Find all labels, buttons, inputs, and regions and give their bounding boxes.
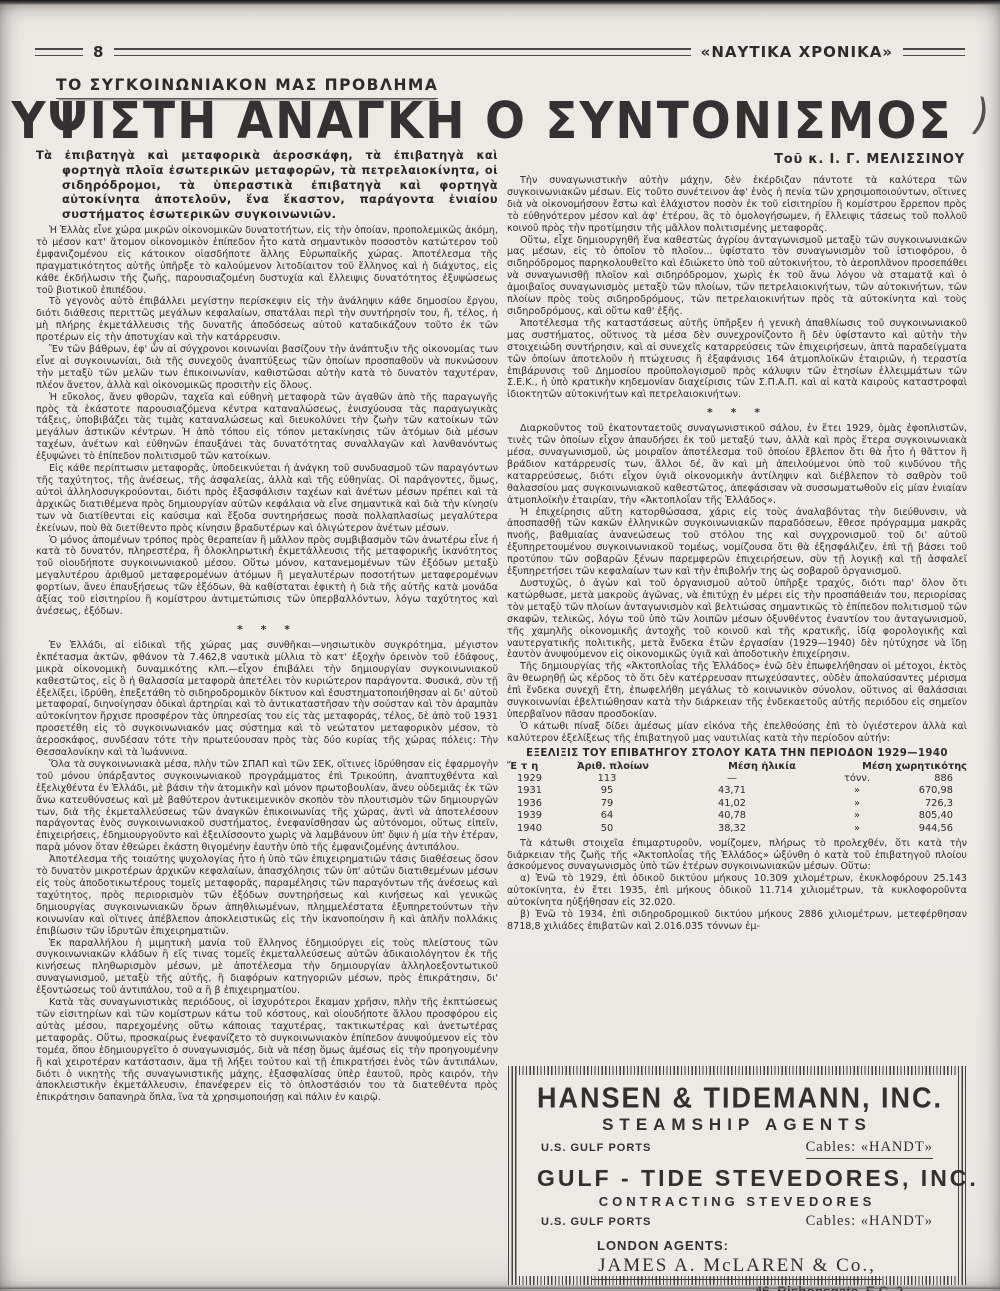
cell-year: 1939 [507,810,567,823]
paragraph: Ἀποτέλεσμα τῆς τοιαύτης ψυχολογίας ἦτο ἡ… [36,854,498,937]
cell-tonnage: 886 [897,773,967,786]
column-header-ships: Ἀριθ. πλοίων [577,761,687,772]
cell-age: 40,78 [647,810,817,823]
cell-tonnage: 726,3 [897,798,967,811]
paragraph: Τῆς δημιουργίας τῆς «Ἀκτοπλοΐας τῆς Ἑλλά… [507,661,967,721]
cell-unit: » [817,823,897,836]
ad-cables-label: Cables: «HANDT» [806,1139,933,1159]
cell-ships: 50 [567,823,647,836]
ad-company-name: HANSEN & TIDEMANN, INC. [537,1082,937,1115]
page-number: 8 [93,43,104,61]
cell-age: 43,71 [647,785,817,798]
page-header: 8 «ΝΑΥΤΙΚΑ ΧΡΟΝΙΚΑ» [35,44,965,60]
ad-ports-label: U.S. GULF PORTS [541,1216,651,1228]
paragraph: Τὸ γεγονὸς αὐτὸ ἐπιβάλλει μεγίστην περίσ… [36,296,498,344]
cell-ships: 64 [567,810,647,823]
paragraph: Ἀποτέλεσμα τῆς καταστάσεως αὐτῆς ὑπῆρξεν… [507,318,967,401]
magazine-page: 8 «ΝΑΥΤΙΚΑ ΧΡΟΝΙΚΑ» ΤΟ ΣΥΓΚΟΙΝΩΝΙΑΚΟΝ ΜΑ… [0,0,1000,1291]
scan-top-edge [0,0,1000,5]
scanned-magazine-page: { "header": { "page_number": "8", "masth… [0,0,1000,1291]
cell-year: 1929 [507,773,567,786]
header-rule-middle [114,48,690,56]
paragraph: Διαρκοῦντος τοῦ ἑκατονταετοῦς συναγωνιστ… [507,423,967,506]
headline-text: ΥΨΙΣΤΗ ΑΝΑΓΚΗ Ο ΣΥΝΤΟΝΙΣΜΟΣ [11,92,952,151]
lead-paragraph: Τὰ ἐπιβατηγὰ καὶ μεταφορικὰ ἀεροσκάφη, τ… [36,148,498,222]
paragraph: Ἡ ἐπιχείρησις αὕτη κατορθώσασα, χάρις εἰ… [507,507,967,578]
fleet-evolution-table: ΕΞΕΛΙΞΙΣ ΤΟΥ ΕΠΙΒΑΤΗΓΟΥ ΣΤΟΛΟΥ ΚΑΤΑ ΤΗΝ … [507,748,967,836]
table-title: ΕΞΕΛΙΞΙΣ ΤΟΥ ΕΠΙΒΑΤΗΓΟΥ ΣΤΟΛΟΥ ΚΑΤΑ ΤΗΝ … [507,748,967,759]
paragraph: Τὰ κάτωθι στοιχεῖα ἐπιμαρτυροῦν, νομίζομ… [507,838,967,874]
scan-bottom-edge [0,1286,1000,1289]
paragraph: Εἰς κάθε περίπτωσιν μεταφορᾶς, ὑποδεικνύ… [36,463,498,534]
cell-ships: 113 [567,773,647,786]
header-rule-right [903,48,965,56]
table-row: 1936 79 41,02 » 726,3 [507,798,967,811]
section-separator: * * * [36,623,498,636]
ad-ports-cables-row: U.S. GULF PORTS Cables: «HANDT» [537,1139,937,1159]
cell-unit: τόνν. [817,773,897,786]
paragraph: Ἕν τῶν βάθρων, ἐφ' ὧν αἱ σύγχρονοι κοινω… [36,344,498,392]
cell-age: 38,32 [647,823,817,836]
cell-ships: 79 [567,798,647,811]
masthead-title: «ΝΑΥΤΙΚΑ ΧΡΟΝΙΚΑ» [701,43,893,61]
paragraph: Ἡ εὔκολος, ἄνευ φθορῶν, ταχεῖα καὶ εὐθην… [36,392,498,463]
cell-tonnage: 944,56 [897,823,967,836]
cell-unit: » [817,798,897,811]
paragraph: Ὁ μόνος ἀπομένων τρόπος πρὸς θεραπείαν ἢ… [36,535,498,618]
paragraph: β) Ἐνῶ τὸ 1934, ἐπὶ σιδηροδρομικοῦ δικτύ… [507,909,967,933]
advertisement: HANSEN & TIDEMANN, INC. STEAMSHIP AGENTS… [508,1066,966,1285]
cell-unit: » [817,810,897,823]
paragraph: Τὴν συναγωνιστικὴν αὐτὴν μάχην, δὲν ἐκέρ… [507,175,967,235]
advertisement-content: HANSEN & TIDEMANN, INC. STEAMSHIP AGENTS… [517,1075,957,1276]
cell-unit: » [817,785,897,798]
column-header-age: Μέση ἡλικία [687,761,837,772]
article-right-column: Τοῦ κ. Ι. Γ. ΜΕΛΙΣΣΙΝΟΥ Τὴν συναγωνιστικ… [507,150,967,1062]
ad-ports-cables-row: U.S. GULF PORTS Cables: «HANDT» [537,1213,937,1230]
paragraph: Ὅλα τὰ συγκοινωνιακὰ μέσα, πλὴν τῶν ΣΠΑΠ… [36,759,498,854]
article-left-column: Τὰ ἐπιβατηγὰ καὶ μεταφορικὰ ἀεροσκάφη, τ… [36,148,498,1288]
ad-second-company-name: GULF - TIDE STEVEDORES, INC. [537,1165,937,1192]
paragraph: Κατὰ τὰς συναγωνιστικὰς περιόδους, οἱ ἰσ… [36,997,498,1104]
paragraph: Ἐκ παραλλήλου ἡ μιμητικὴ μανία τοῦ ἕλλην… [36,938,498,998]
cell-age: 41,02 [647,798,817,811]
ad-cables-label: Cables: «HANDT» [806,1213,933,1230]
paragraph: α) Ἐνῶ τὸ 1929, ἐπὶ ὁδικοῦ δικτύου μήκου… [507,873,967,909]
column-header-tonnage: Μέση χωρητικότης [837,761,967,772]
cell-year: 1940 [507,823,567,836]
section-separator: * * * [507,406,967,419]
table-header-row: Ἔτη Ἀριθ. πλοίων Μέση ἡλικία Μέση χωρητι… [507,761,967,772]
article-byline: Τοῦ κ. Ι. Γ. ΜΕΛΙΣΣΙΝΟΥ [507,152,965,167]
table-row: 1931 95 43,71 » 670,98 [507,785,967,798]
paragraph: Οὕτω, εἶχε δημιουργηθῆ ἕνα καθεστὼς ἀγρί… [507,235,967,318]
ad-london-agents-label: LONDON AGENTS: [597,1238,937,1253]
headline-flourish-ornament: ) [968,89,996,142]
ad-company-role: STEAMSHIP AGENTS [537,1115,937,1135]
column-header-years: Ἔτη [507,761,577,772]
cell-tonnage: 805,40 [897,810,967,823]
cell-tonnage: 670,98 [897,785,967,798]
paragraph: Ἡ Ἑλλὰς εἶνε χώρα μικρῶν οἰκονομικῶν δυν… [36,225,498,296]
cell-year: 1936 [507,798,567,811]
table-row: 1939 64 40,78 » 805,40 [507,810,967,823]
paragraph: Ἐν Ἑλλάδι, αἱ εἰδικαὶ τῆς χώρας μας συνθ… [36,640,498,759]
paragraph: Δυστυχῶς, ὁ ἀγὼν καὶ τοῦ ὀργανισμοῦ αὐτο… [507,578,967,661]
ad-second-company-role: CONTRACTING STEVEDORES [537,1194,937,1209]
cell-year: 1931 [507,785,567,798]
header-rule-left [35,48,83,56]
cell-ships: 95 [567,785,647,798]
paragraph: Ὁ κάτωθι πίναξ δίδει ἀμέσως μίαν εἰκόνα … [507,721,967,745]
ad-ports-label: U.S. GULF PORTS [541,1142,651,1154]
table-row: 1929 113 — τόνν. 886 [507,773,967,786]
ad-agent-name: JAMES A. McLAREN & Co., [592,1255,882,1280]
article-headline: ΥΨΙΣΤΗ ΑΝΑΓΚΗ Ο ΣΥΝΤΟΝΙΣΜΟΣ ) [0,92,1000,151]
table-row: 1940 50 38,32 » 944,56 [507,823,967,836]
cell-age: — [647,773,817,786]
